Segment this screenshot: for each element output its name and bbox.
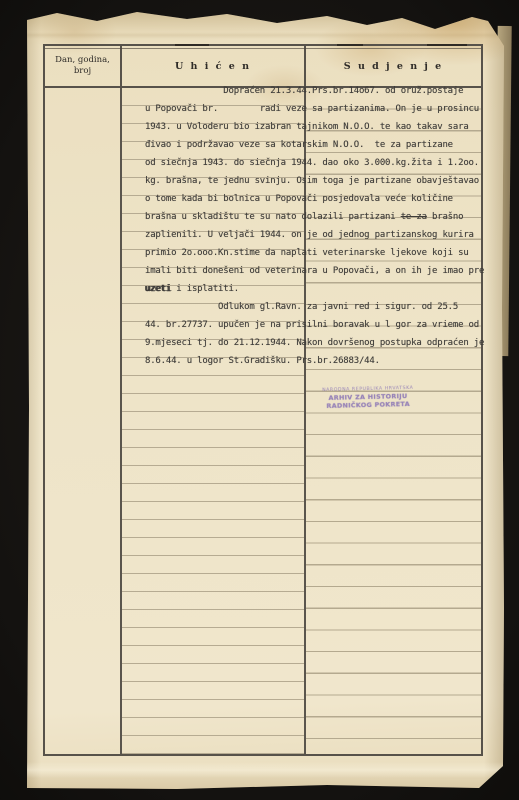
typed-line: uzeti i isplatiti. [145, 280, 501, 298]
header-label-uhicen: U h i ć e n [175, 61, 251, 72]
border-ink-tick [427, 44, 467, 46]
typed-line: zaplienili. U veljači 1944. on je od jed… [145, 226, 501, 244]
border-ink-tick [175, 44, 209, 46]
header-cell-dan-godina-broj: Dan, godina, broj [45, 46, 122, 86]
header-cell-sudjenje: S u d j e n j e [306, 46, 481, 86]
typed-line: imali biti donešeni od veterinara u Popo… [145, 262, 501, 280]
archive-stamp: NARODNA REPUBLIKA HRVATSKA ARHIV ZA HIST… [310, 385, 427, 411]
table-top-double-line [45, 48, 481, 49]
typed-line: primio 2o.ooo.Kn.stime da naplati veteri… [145, 244, 501, 262]
typed-line: od siečnja 1943. do siečnja 1944. dao ok… [145, 154, 501, 172]
typed-line: 9.mjeseci tj. do 21.12.1944. Nakon dovrš… [145, 334, 501, 352]
header-label-sudjenje: S u d j e n j e [344, 61, 443, 72]
typed-line: Dopraćen 21.3.44.Prs.br.14o67. od oruž.p… [145, 82, 501, 100]
border-ink-tick [337, 44, 363, 46]
photo-background: Dan, godina, broj U h i ć e n S u d j e … [0, 0, 519, 800]
document-page: Dan, godina, broj U h i ć e n S u d j e … [27, 8, 504, 792]
header-label-line1: Dan, godina, [55, 55, 110, 66]
typed-line: Odlukom gl.Ravn. za javni red i sigur. o… [145, 298, 501, 316]
header-label-line2: broj [74, 66, 91, 77]
typed-line: đivao i podržavao veze sa kotarskim N.O.… [145, 136, 501, 154]
typed-entry: Dopraćen 21.3.44.Prs.br.14o67. od oruž.p… [145, 82, 501, 370]
typed-line: kg. brašna, te jednu svinju. Osim toga j… [145, 172, 501, 190]
typed-line: 8.6.44. u logor St.Gradišku. Prs.br.2688… [145, 352, 501, 370]
stamp-line-archive: ARHIV ZA HISTORIJU RADNIČKOG POKRETA [310, 392, 426, 411]
typed-line: 1943. u Voloderu bio izabran tajnikom N.… [145, 118, 501, 136]
column-dan-godina-broj [45, 88, 122, 754]
typed-line: u Popovači br. radi veze sa partizanima.… [145, 100, 501, 118]
typed-line: o tome kada bi bolnica u Popovači posjed… [145, 190, 501, 208]
typed-line: brašna u skladištu te su nato dolazili p… [145, 208, 501, 226]
header-cell-uhicen: U h i ć e n [122, 46, 306, 86]
typed-line: 44. br.27737. upučen je na prisilni bora… [145, 316, 501, 334]
